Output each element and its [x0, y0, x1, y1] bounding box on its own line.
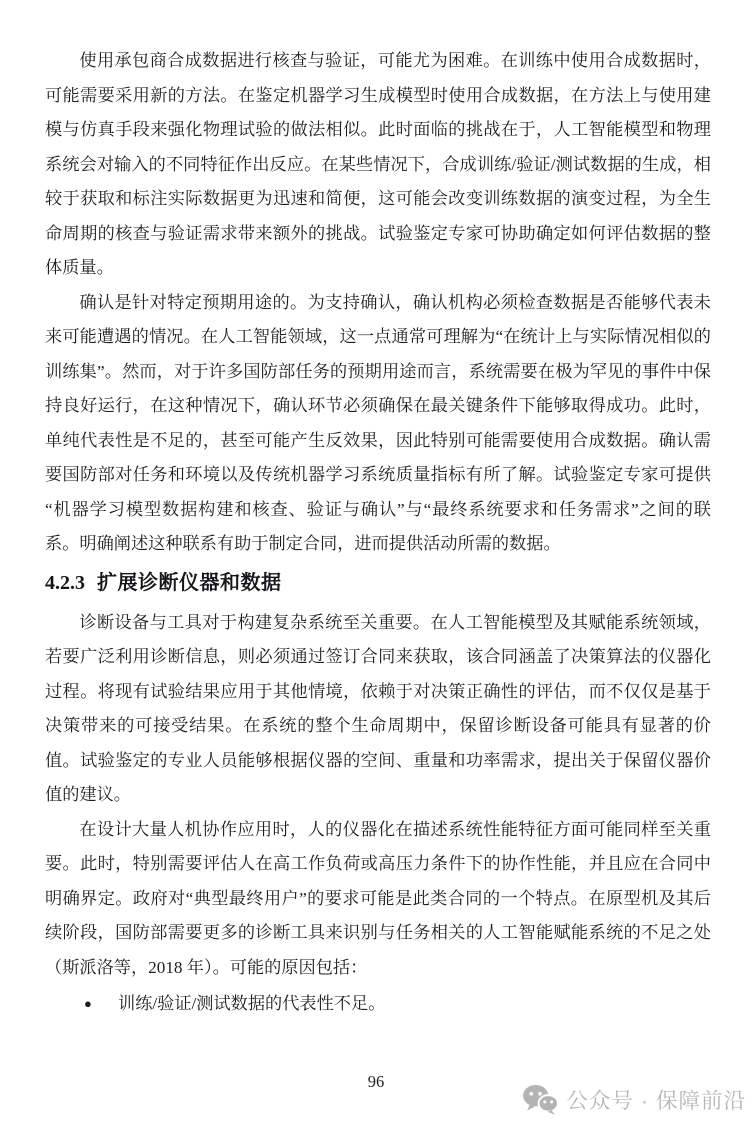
paragraph-validation: 确认是针对特定预期用途的。为支持确认，确认机构必须检查数据是否能够代表未来可能遭… — [45, 286, 711, 562]
paragraph-human-machine: 在设计大量人机协作应用时，人的仪器化在描述系统性能特征方面可能同样至关重要。此时… — [45, 813, 711, 986]
paragraph-diagnostics: 诊断设备与工具对于构建复杂系统至关重要。在人工智能模型及其赋能系统领域，若要广泛… — [45, 606, 711, 813]
text-block: 使用承包商合成数据进行核查与验证，可能尤为困难。在训练中使用合成数据时，可能需要… — [45, 44, 711, 1022]
document-page: 使用承包商合成数据进行核查与验证，可能尤为困难。在训练中使用合成数据时，可能需要… — [0, 0, 752, 1134]
section-number: 4.2.3 — [45, 572, 85, 594]
watermark: 公众号 · 保障前沿 — [522, 1084, 746, 1115]
bullet-icon: ● — [84, 987, 118, 1022]
list-item: ● 训练/验证/测试数据的代表性不足。 — [84, 987, 711, 1022]
paragraph-synthetic-data: 使用承包商合成数据进行核查与验证，可能尤为困难。在训练中使用合成数据时，可能需要… — [45, 44, 711, 286]
list-item-text: 训练/验证/测试数据的代表性不足。 — [118, 987, 711, 1022]
wechat-icon — [522, 1084, 559, 1115]
watermark-label: 公众号 · 保障前沿 — [566, 1084, 746, 1115]
section-title: 扩展诊断仪器和数据 — [97, 572, 282, 594]
section-heading: 4.2.3扩展诊断仪器和数据 — [45, 570, 711, 596]
